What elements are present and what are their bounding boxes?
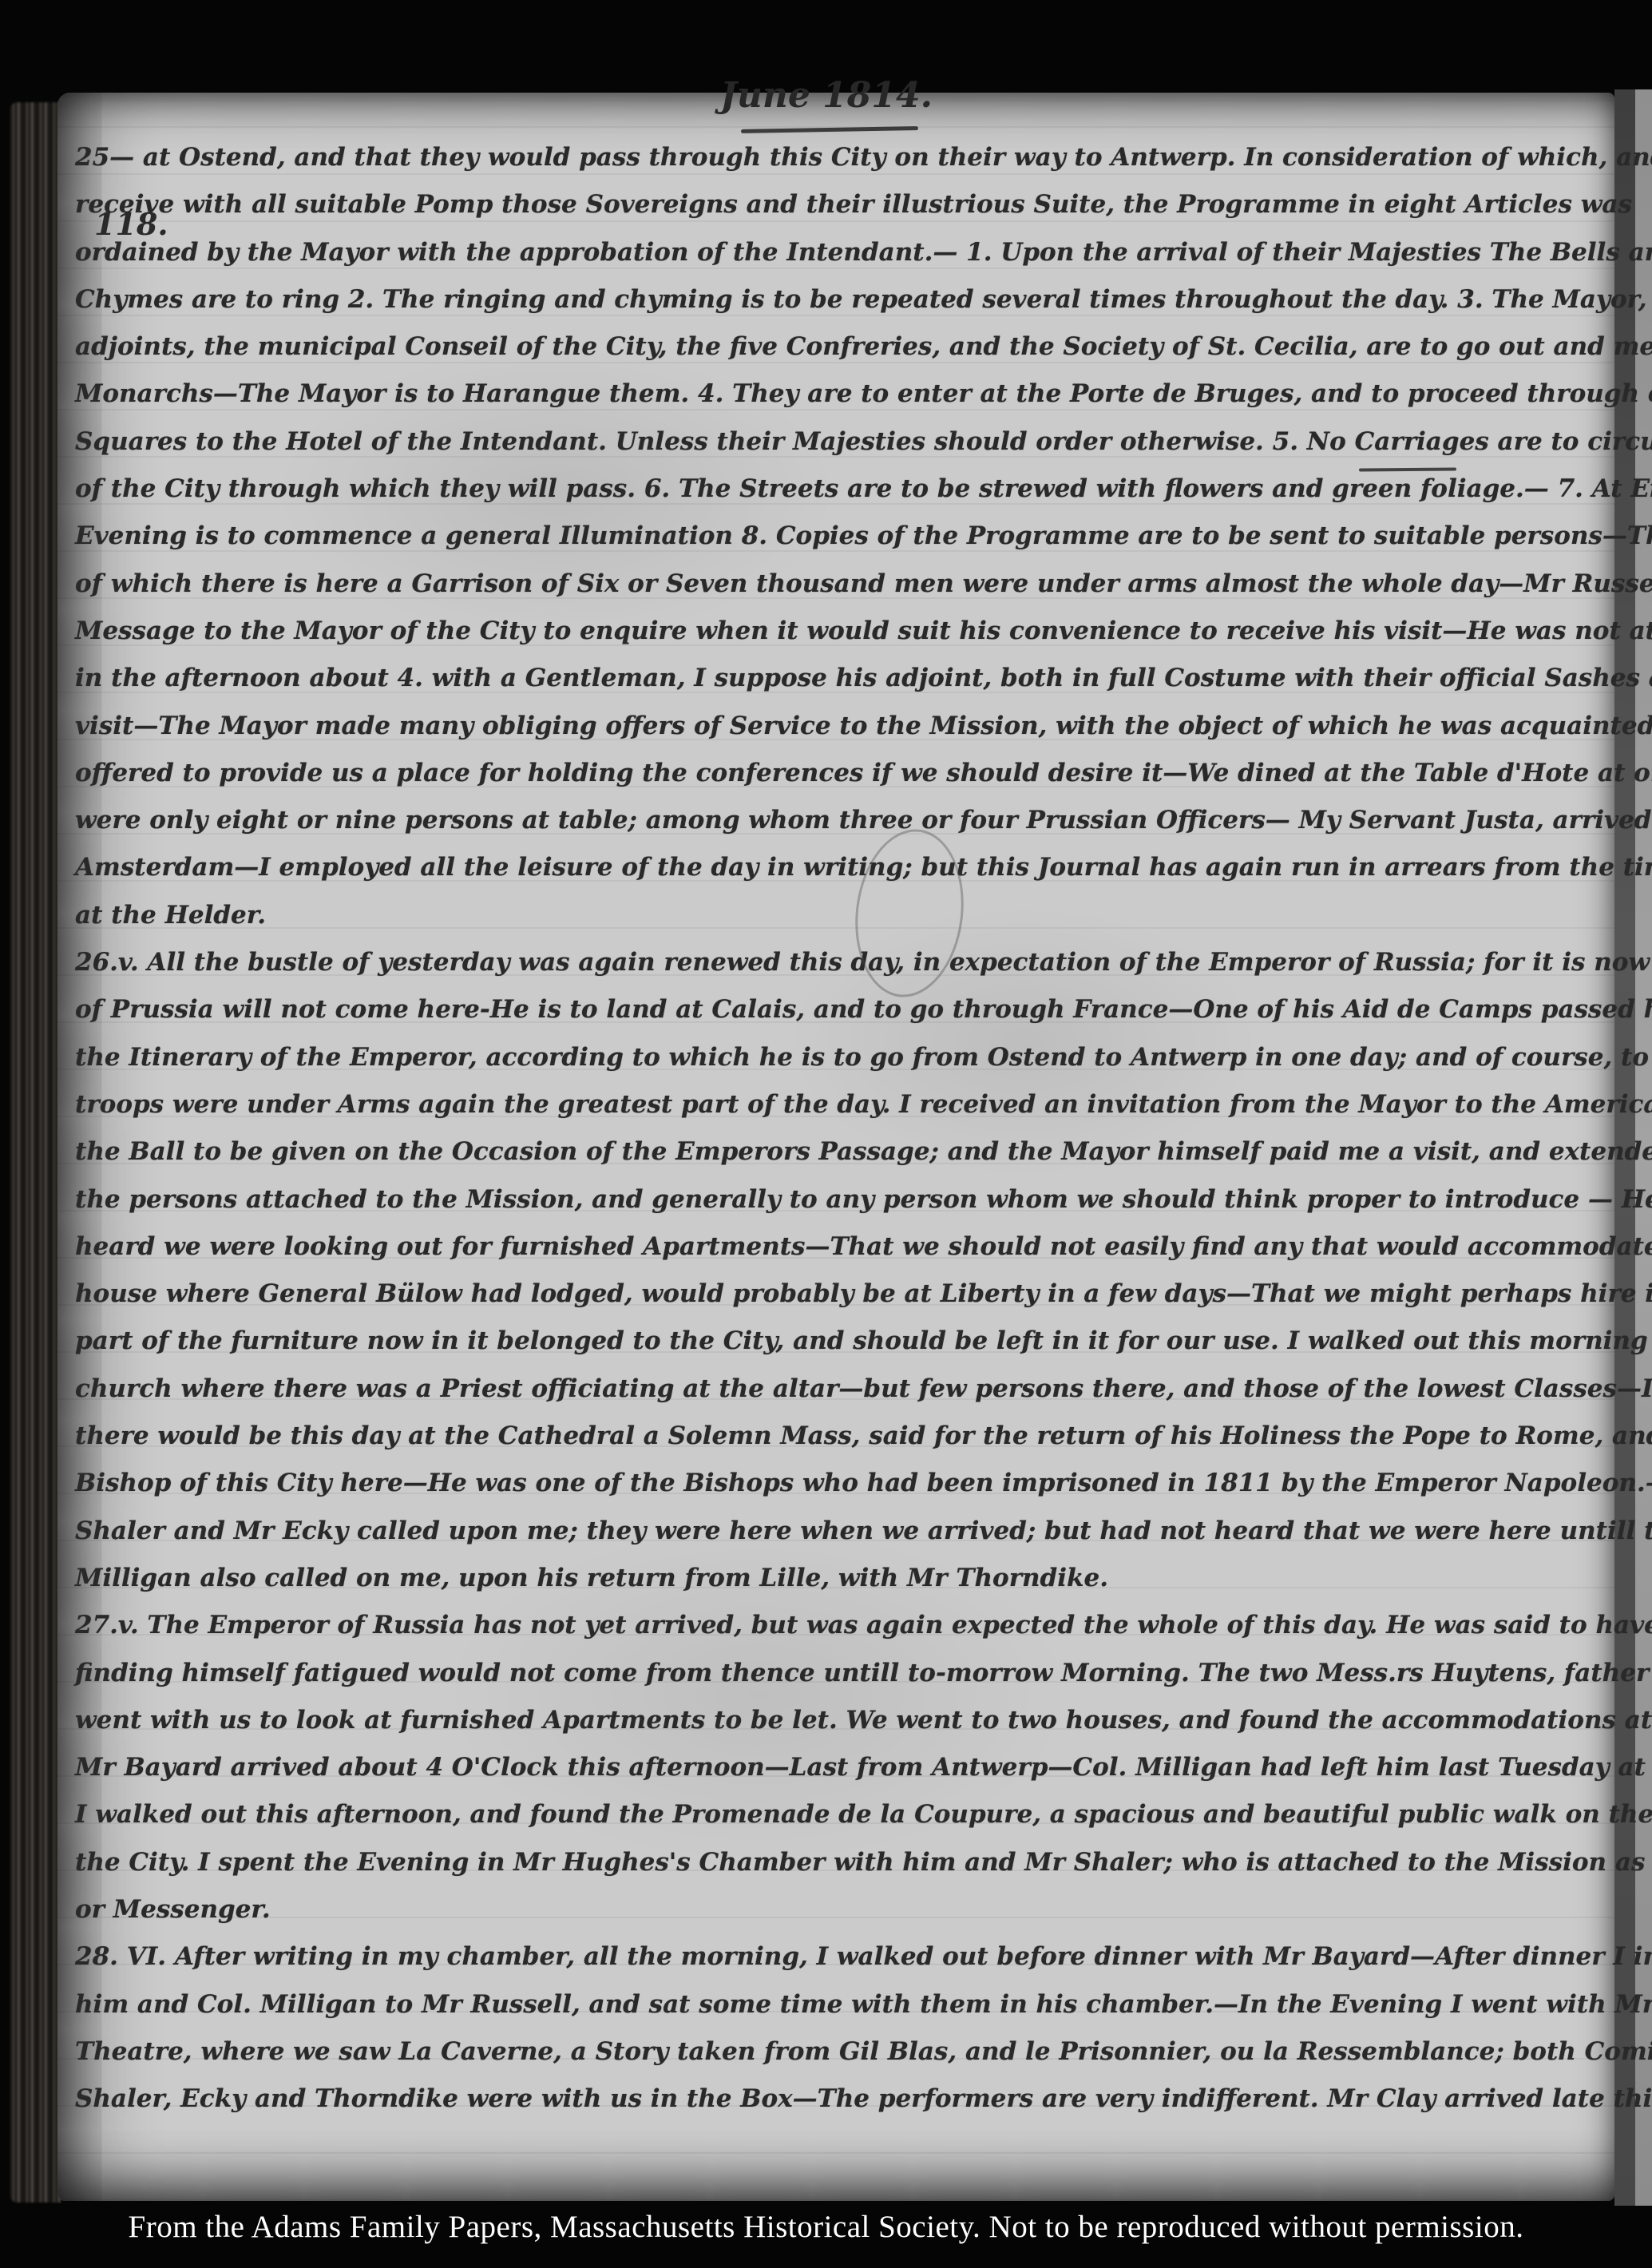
manuscript-line: 27.v. The Emperor of Russia has not yet … — [75, 1602, 1606, 1649]
manuscript-line: visit—The Mayor made many obliging offer… — [75, 703, 1606, 750]
manuscript-line: Chymes are to ring 2. The ringing and ch… — [75, 276, 1606, 323]
manuscript-line: Milligan also called on me, upon his ret… — [75, 1555, 1606, 1602]
book-gutter — [10, 102, 61, 2203]
manuscript-line: him and Col. Milligan to Mr Russell, and… — [75, 1981, 1606, 2028]
manuscript-line: Mr Bayard arrived about 4 O'Clock this a… — [75, 1744, 1606, 1791]
manuscript-line: Shaler, Ecky and Thorndike were with us … — [75, 2076, 1606, 2123]
manuscript-line: went with us to look at furnished Apartm… — [75, 1697, 1606, 1744]
manuscript-text: 25— at Ostend, and that they would pass … — [75, 134, 1606, 2123]
manuscript-line: finding himself fatigued would not come … — [75, 1650, 1606, 1697]
manuscript-line: Shaler and Mr Ecky called upon me; they … — [75, 1508, 1606, 1555]
manuscript-line: Bishop of this City here—He was one of t… — [75, 1460, 1606, 1507]
manuscript-line: the persons attached to the Mission, and… — [75, 1176, 1606, 1223]
manuscript-line: Theatre, where we saw La Caverne, a Stor… — [75, 2028, 1606, 2076]
manuscript-line: there would be this day at the Cathedral… — [75, 1413, 1606, 1460]
archive-caption: From the Adams Family Papers, Massachuse… — [0, 2209, 1652, 2245]
manuscript-line: of Prussia will not come here-He is to l… — [75, 986, 1606, 1033]
manuscript-line: Amsterdam—I employed all the leisure of … — [75, 844, 1606, 891]
manuscript-line: of the City through which they will pass… — [75, 466, 1606, 513]
manuscript-line: in the afternoon about 4. with a Gentlem… — [75, 655, 1606, 702]
manuscript-line: Message to the Mayor of the City to enqu… — [75, 608, 1606, 655]
manuscript-line: or Messenger. — [75, 1886, 1606, 1933]
manuscript-line: receive with all suitable Pomp those Sov… — [75, 181, 1606, 228]
manuscript-line: offered to provide us a place for holdin… — [75, 750, 1606, 797]
manuscript-line: the Ball to be given on the Occasion of … — [75, 1128, 1606, 1176]
manuscript-line: Evening is to commence a general Illumin… — [75, 513, 1606, 560]
manuscript-line: 25— at Ostend, and that they would pass … — [75, 134, 1606, 181]
manuscript-line: heard we were looking out for furnished … — [75, 1223, 1606, 1271]
manuscript-line: Squares to the Hotel of the Intendant. U… — [75, 418, 1606, 466]
manuscript-line: house where General Bülow had lodged, wo… — [75, 1271, 1606, 1318]
manuscript-line: 26.v. All the bustle of yesterday was ag… — [75, 939, 1606, 986]
page-heading: June 1814. — [711, 75, 942, 116]
manuscript-line: 28. VI. After writing in my chamber, all… — [75, 1933, 1606, 1981]
manuscript-line: adjoints, the municipal Conseil of the C… — [75, 323, 1606, 371]
manuscript-line: part of the furniture now in it belonged… — [75, 1318, 1606, 1365]
manuscript-line: of which there is here a Garrison of Six… — [75, 561, 1606, 608]
manuscript-line: troops were under Arms again the greates… — [75, 1081, 1606, 1128]
manuscript-line: church where there was a Priest officiat… — [75, 1366, 1606, 1413]
manuscript-line: at the Helder. — [75, 892, 1606, 939]
manuscript-scan: 118. June 1814. 25— at Ostend, and that … — [0, 0, 1652, 2268]
manuscript-line: the Itinerary of the Emperor, according … — [75, 1034, 1606, 1081]
manuscript-line: were only eight or nine persons at table… — [75, 797, 1606, 844]
manuscript-line: ordained by the Mayor with the approbati… — [75, 229, 1606, 276]
manuscript-line: the City. I spent the Evening in Mr Hugh… — [75, 1839, 1606, 1886]
manuscript-line: I walked out this afternoon, and found t… — [75, 1791, 1606, 1838]
manuscript-line: Monarchs—The Mayor is to Harangue them. … — [75, 371, 1606, 418]
